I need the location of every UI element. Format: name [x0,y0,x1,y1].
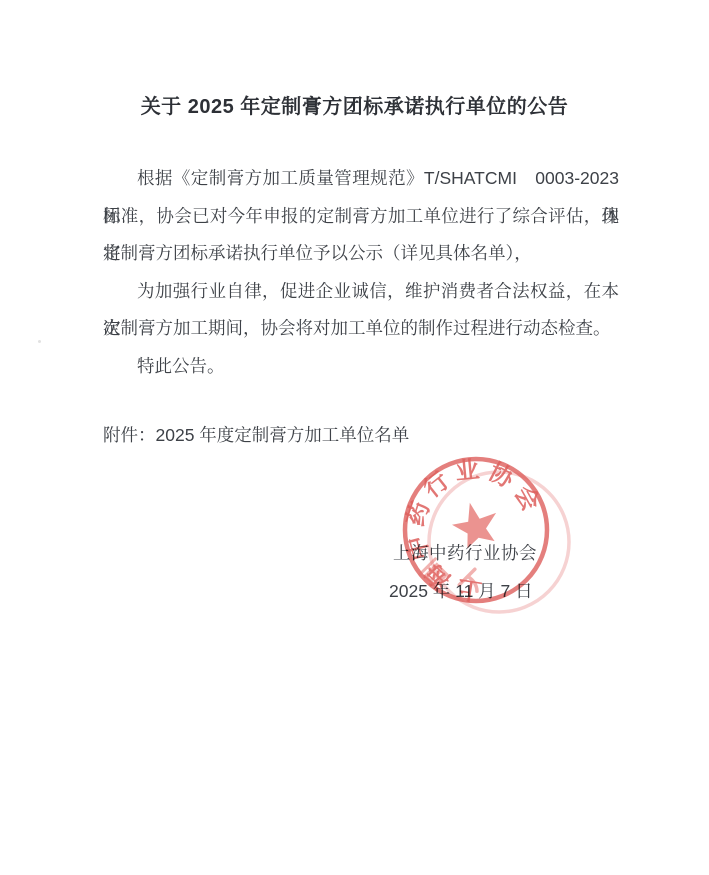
body-line-4: 为加强行业自律，促进企业诚信，维护消费者合法权益，在本次 [103,273,619,311]
body-line-5: 定制膏方加工期间，协会将对加工单位的制作过程进行动态检查。 [103,310,619,348]
scanned-announcement-page: 关于 2025 年定制膏方团标承诺执行单位的公告 根据《定制膏方加工质量管理规范… [0,0,709,875]
signature-date: 2025 年 11 月 7 日 [389,573,533,611]
scan-speck [38,340,41,343]
body-line-2: 标准，协会已对今年申报的定制膏方加工单位进行了综合评估，现将 [103,198,619,236]
body-line-1: 根据《定制膏方加工质量管理规范》T/SHATCMI 0003-2023 团体 [103,160,619,198]
scan-speck [153,322,156,324]
body-line-6: 特此公告。 [103,348,619,386]
signature-organization: 上海中药行业协会 [393,535,537,573]
body-line-3: 定制膏方团标承诺执行单位予以公示（详见具体名单）， [103,235,619,273]
document-body: 根据《定制膏方加工质量管理规范》T/SHATCMI 0003-2023 团体 标… [103,160,619,386]
document-title: 关于 2025 年定制膏方团标承诺执行单位的公告 [0,90,709,119]
attachment-line: 附件：2025 年度定制膏方加工单位名单 [103,417,619,455]
